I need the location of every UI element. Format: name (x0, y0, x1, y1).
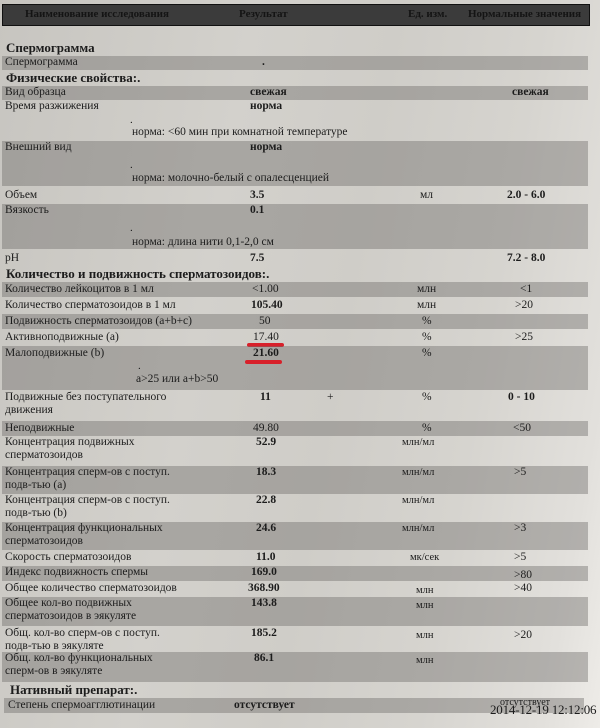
section-count-motility: Количество и подвижность сперматозоидов:… (6, 266, 269, 282)
table-row: Индекс подвижность спермы 169.0 >80 (2, 566, 588, 581)
row-result: 86.1 (254, 652, 274, 665)
row-result: <1.00 (252, 283, 279, 296)
row-result: 105.40 (251, 299, 283, 312)
row-name: Вязкость (5, 204, 49, 217)
row-dot: . (130, 114, 133, 126)
table-row: Спермограмма . (2, 56, 588, 70)
row-unit: млн (416, 584, 434, 597)
section-spermogram: Спермограмма (6, 40, 95, 56)
row-unit: % (422, 347, 432, 360)
section-physical: Физические свойства:. (6, 70, 140, 86)
row-dot: . (138, 360, 141, 372)
row-unit: млн/мл (402, 436, 434, 449)
section-native: Нативный препарат:. (10, 682, 137, 698)
row-name: Подвижность сперматозоидов (a+b+c) (5, 315, 192, 328)
row-result: 169.0 (251, 566, 277, 579)
row-name: Концентрация функциональных сперматозоид… (5, 522, 185, 548)
row-name: Количество лейкоцитов в 1 мл (5, 283, 154, 296)
row-name: Малоподвижные (b) (5, 347, 104, 360)
row-norm: <1 (520, 283, 532, 296)
row-name: Время разжижения (5, 100, 99, 113)
row-norm: 2.0 - 6.0 (507, 189, 545, 202)
row-norm: >5 (514, 466, 526, 479)
row-name: Вид образца (5, 86, 66, 99)
table-row: Неподвижные 49.80 % <50 (2, 421, 588, 436)
table-row: Малоподвижные (b) 21.60 % . a>25 или a+b… (2, 346, 588, 390)
table-row: Время разжижения норма . норма: <60 мин … (2, 100, 588, 140)
row-name: Активноподвижные (a) (5, 331, 119, 344)
row-name: Объем (5, 189, 37, 202)
table-row: Общее количество сперматозоидов 368.90 м… (2, 582, 588, 597)
row-name: Общее количество сперматозоидов (5, 582, 177, 595)
row-name: Скорость сперматозоидов (5, 551, 131, 564)
row-norm: >3 (514, 522, 526, 535)
header-name: Наименование исследования (25, 8, 169, 20)
row-result: 3.5 (250, 189, 264, 202)
row-result: 143.8 (251, 597, 277, 610)
row-unit: % (422, 391, 432, 404)
table-row: Вид образца свежая свежая (2, 86, 588, 100)
row-name: Концентрация сперм-ов с поступ. подв-тью… (5, 494, 185, 520)
row-norm: свежая (512, 86, 549, 99)
red-underline-annotation (245, 360, 282, 364)
row-name: Общ. кол-во функциональных сперм-ов в эя… (5, 652, 185, 678)
row-result: 11 (260, 391, 271, 404)
table-row: Внешний вид норма . норма: молочно-белый… (2, 141, 588, 186)
row-norm: 7.2 - 8.0 (507, 252, 545, 265)
row-dot: . (130, 222, 133, 234)
header-norm: Нормальные значения (468, 8, 581, 20)
row-name: Концентрация подвижных сперматозоидов (5, 436, 180, 462)
row-unit: % (422, 331, 432, 344)
row-norm: >80 (514, 569, 532, 582)
row-result: свежая (250, 86, 287, 99)
table-row: Активноподвижные (a) 17.40 % >25 (2, 330, 588, 345)
row-name: Общее кол-во подвижных сперматозоидов в … (5, 597, 180, 623)
row-unit: млн/мл (402, 494, 434, 507)
row-result: 18.3 (256, 466, 276, 479)
table-row: Объем 3.5 мл 2.0 - 6.0 (2, 189, 588, 203)
row-name: pH (5, 252, 19, 265)
row-norm: 0 - 10 (508, 391, 535, 404)
table-row: Общ. кол-во функциональных сперм-ов в эя… (2, 652, 588, 682)
timestamp: 2014-12-19 12:12:06 (490, 702, 596, 718)
row-unit: млн/мл (402, 522, 434, 535)
row-unit: млн/мл (402, 466, 434, 479)
row-name: Количество сперматозоидов в 1 мл (5, 299, 176, 312)
table-row: Количество сперматозоидов в 1 мл 105.40 … (2, 298, 588, 313)
table-row: Концентрация сперм-ов с поступ. подв-тью… (2, 494, 588, 522)
table-row: Концентрация подвижных сперматозоидов 52… (2, 436, 588, 466)
row-name: Неподвижные (5, 422, 74, 435)
row-name: Внешний вид (5, 141, 72, 154)
row-dot: . (130, 159, 133, 171)
row-result-highlighted: 21.60 (253, 347, 279, 360)
table-row: Вязкость 0.1 . норма: длина нити 0,1-2,0… (2, 204, 588, 249)
table-row: Количество лейкоцитов в 1 мл <1.00 млн <… (2, 282, 588, 297)
row-flag: + (327, 391, 334, 404)
table-header: Наименование исследования Результат Ед. … (2, 4, 590, 26)
row-unit: млн (416, 599, 434, 612)
row-result: 24.6 (256, 522, 276, 535)
row-name: Концентрация сперм-ов с поступ. подв-тью… (5, 466, 185, 492)
row-name: Общ. кол-во сперм-ов с поступ. подв-тью … (5, 627, 185, 653)
row-result: 185.2 (251, 627, 277, 640)
header-unit: Ед. изм. (408, 8, 447, 20)
row-unit: % (422, 422, 432, 435)
row-unit: млн (417, 299, 436, 312)
row-unit: млн (417, 283, 436, 296)
row-name: Степень спермоагглютинации (8, 699, 155, 712)
row-result: 49.80 (253, 422, 279, 435)
row-name: Спермограмма (5, 56, 78, 69)
table-row: Общее кол-во подвижных сперматозоидов в … (2, 597, 588, 626)
row-norm: >20 (515, 299, 533, 312)
row-result: норма (250, 100, 282, 113)
row-note: норма: молочно-белый с опалесценцией (132, 172, 329, 184)
row-result: . (262, 56, 265, 69)
row-name: Подвижные без поступательного движения (5, 391, 190, 417)
row-note: норма: <60 мин при комнатной температуре (132, 126, 348, 138)
row-norm: >5 (514, 551, 526, 564)
row-result: норма (250, 141, 282, 154)
row-norm: <50 (513, 422, 531, 435)
header-result: Результат (239, 8, 288, 20)
row-result: 11.0 (256, 551, 276, 564)
row-unit: % (422, 315, 432, 328)
row-unit: мл (420, 189, 433, 202)
row-result: 52.9 (256, 436, 276, 449)
row-unit: мк/сек (410, 551, 439, 564)
row-result: отсутствует (234, 699, 295, 712)
table-row: Подвижность сперматозоидов (a+b+c) 50 % (2, 314, 588, 329)
row-result: 22.8 (256, 494, 276, 507)
row-norm: >25 (515, 331, 533, 344)
row-norm: >40 (514, 582, 532, 595)
row-result: 50 (259, 315, 271, 328)
row-norm: >20 (514, 629, 532, 642)
row-result: 0.1 (250, 204, 264, 217)
row-unit: млн (416, 654, 434, 667)
table-row: Концентрация функциональных сперматозоид… (2, 522, 588, 550)
row-note: a>25 или a+b>50 (136, 373, 218, 385)
table-row: Скорость сперматозоидов 11.0 мк/сек >5 (2, 551, 588, 565)
row-note: норма: длина нити 0,1-2,0 см (132, 236, 274, 248)
row-result: 7.5 (250, 252, 264, 265)
lab-report-page: Наименование исследования Результат Ед. … (0, 0, 600, 728)
table-row: pH 7.5 7.2 - 8.0 (2, 252, 588, 266)
row-result: 368.90 (248, 582, 280, 595)
row-name: Индекс подвижность спермы (5, 566, 148, 579)
table-row: Концентрация сперм-ов с поступ. подв-тью… (2, 466, 588, 494)
table-row: Подвижные без поступательного движения 1… (2, 391, 588, 421)
row-unit: млн (416, 629, 434, 642)
